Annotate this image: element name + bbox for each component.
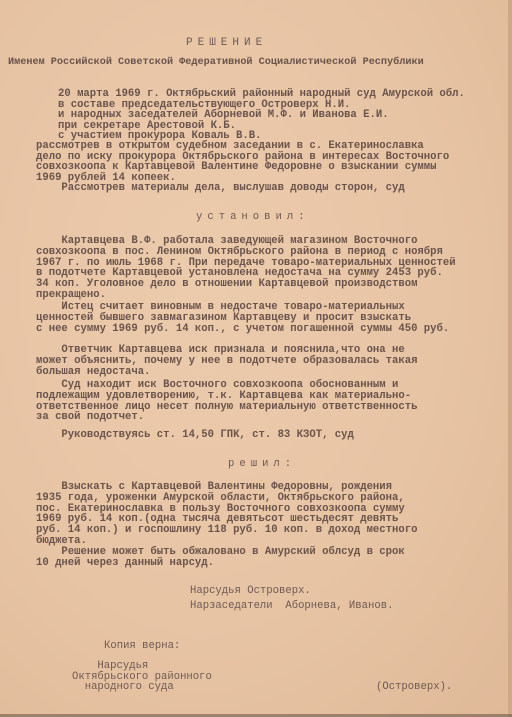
document-title: РЕШЕНИЕ — [186, 38, 267, 49]
established-line: подлежащим удовлетворению, т.к. Картавце… — [36, 391, 411, 402]
established-line: за свой подотчет. — [36, 412, 144, 423]
copy-certified-label: Копия верна: — [104, 641, 180, 652]
document-subtitle: Именем Российской Советской Федеративной… — [8, 58, 424, 69]
established-line: прекращено. — [36, 290, 106, 301]
decided-line: Решение может быть обжаловано в Амурский… — [36, 547, 405, 558]
decided-line: 1935 года, уроженки Амурской области, Ок… — [36, 493, 405, 504]
established-line: большая недостача. — [36, 367, 150, 378]
guided-by-line: Руководствуясь ст. 14,50 ГПК, ст. 83 КЗО… — [36, 430, 354, 441]
signature-judge: Нарсудья Островерх. — [190, 586, 311, 597]
decided-line: 10 дней через данный нарсуд. — [36, 558, 214, 569]
intro-line: Рассмотрев материалы дела, выслушав дово… — [36, 183, 405, 194]
established-line: ценностей бывшего завмагазином Картавцев… — [36, 313, 411, 324]
copy-position-line: народного суда — [72, 682, 174, 693]
decided-heading: решил: — [228, 459, 296, 470]
signature-assessors: Нарзаседатели Аборнева, Иванов. — [190, 601, 393, 612]
paper-edge — [508, 0, 512, 717]
established-line: может объяснить, почему у нее в подотчет… — [36, 356, 417, 367]
established-line: совхозкоопа в пос. Ленином Октябрьского … — [36, 247, 443, 258]
established-line: с нее сумму 1969 руб. 14 коп., с учетом … — [36, 324, 449, 335]
decided-line: руб. 14 коп.) и госпошлину 118 руб. 10 к… — [36, 525, 417, 536]
established-heading: установил: — [196, 212, 310, 223]
copy-signature-name: (Островерх). — [376, 682, 452, 693]
